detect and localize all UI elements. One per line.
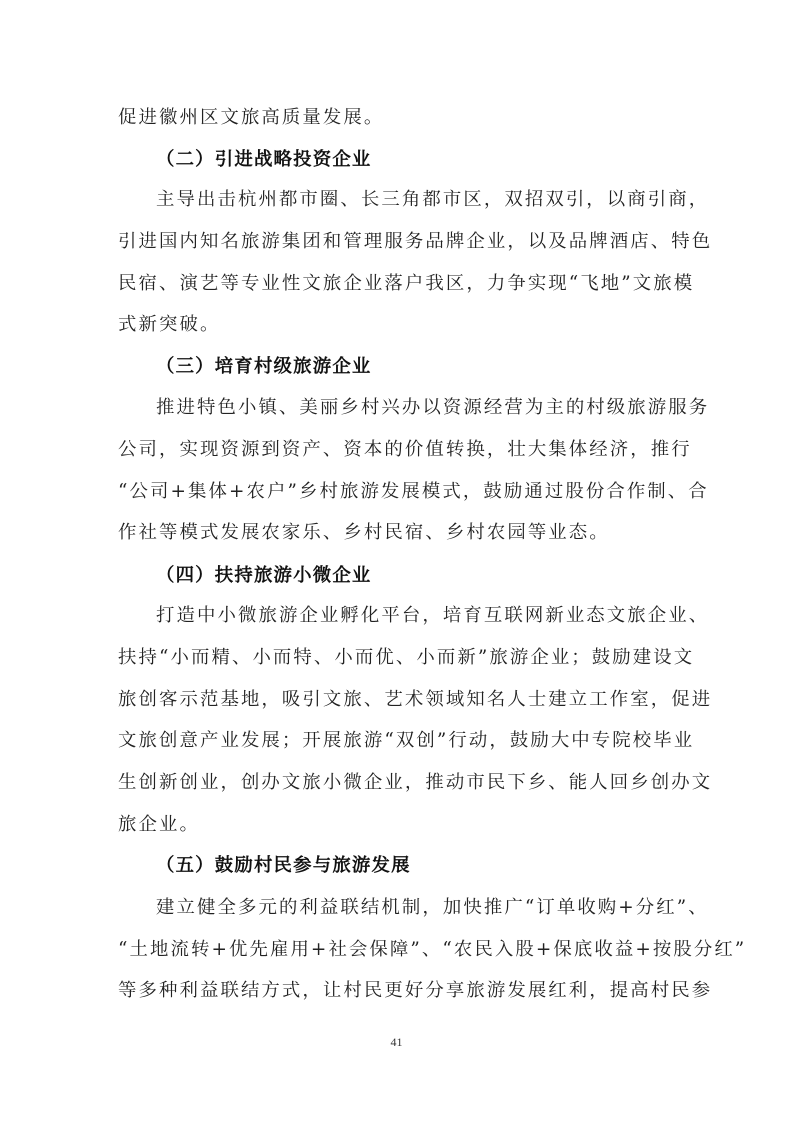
body-line: 旅创客示范基地，吸引文旅、艺术领域知名人士建立工作室，促进: [118, 686, 688, 714]
body-line: 旅企业。: [118, 811, 688, 839]
body-line: 引进国内知名旅游集团和管理服务品牌企业，以及品牌酒店、特色: [118, 228, 688, 256]
section-heading-3: （三）培育村级旅游企业: [156, 353, 726, 381]
body-line: 式新突破。: [118, 311, 688, 339]
section-heading-4: （四）扶持旅游小微企业: [156, 562, 726, 590]
body-line: 促进徽州区文旅高质量发展。: [118, 104, 688, 132]
body-line: 公司，实现资源到资产、资本的价值转换，壮大集体经济，推行: [118, 436, 688, 464]
body-line: “公司+集体+农户”乡村旅游发展模式，鼓励通过股份合作制、合: [118, 478, 688, 506]
section-heading-5: （五）鼓励村民参与旅游发展: [156, 852, 726, 880]
section-heading-2: （二）引进战略投资企业: [156, 146, 726, 174]
body-line: 文旅创意产业发展；开展旅游“双创”行动，鼓励大中专院校毕业: [118, 727, 688, 755]
document-page: 促进徽州区文旅高质量发展。 （二）引进战略投资企业 主导出击杭州都市圈、长三角都…: [0, 0, 793, 1122]
body-line: “土地流转+优先雇用+社会保障”、“农民入股+保底收益+按股分红”: [118, 936, 688, 964]
body-line: 作社等模式发展农家乐、乡村民宿、乡村农园等业态。: [118, 519, 688, 547]
page-number: 41: [0, 1035, 793, 1050]
body-line: 生创新创业，创办文旅小微企业，推动市民下乡、能人回乡创办文: [118, 769, 688, 797]
body-line: 打造中小微旅游企业孵化平台，培育互联网新业态文旅企业、: [156, 602, 688, 630]
body-line: 民宿、演艺等专业性文旅企业落户我区，力争实现“飞地”文旅模: [118, 270, 688, 298]
body-line: 等多种利益联结方式，让村民更好分享旅游发展红利，提高村民参: [118, 977, 688, 1005]
body-line: 推进特色小镇、美丽乡村兴办以资源经营为主的村级旅游服务: [156, 394, 688, 422]
body-line: 建立健全多元的利益联结机制，加快推广“订单收购+分红”、: [156, 894, 688, 922]
body-line: 主导出击杭州都市圈、长三角都市区，双招双引，以商引商，: [156, 186, 688, 214]
body-line: 扶持“小而精、小而特、小而优、小而新”旅游企业；鼓励建设文: [118, 644, 688, 672]
